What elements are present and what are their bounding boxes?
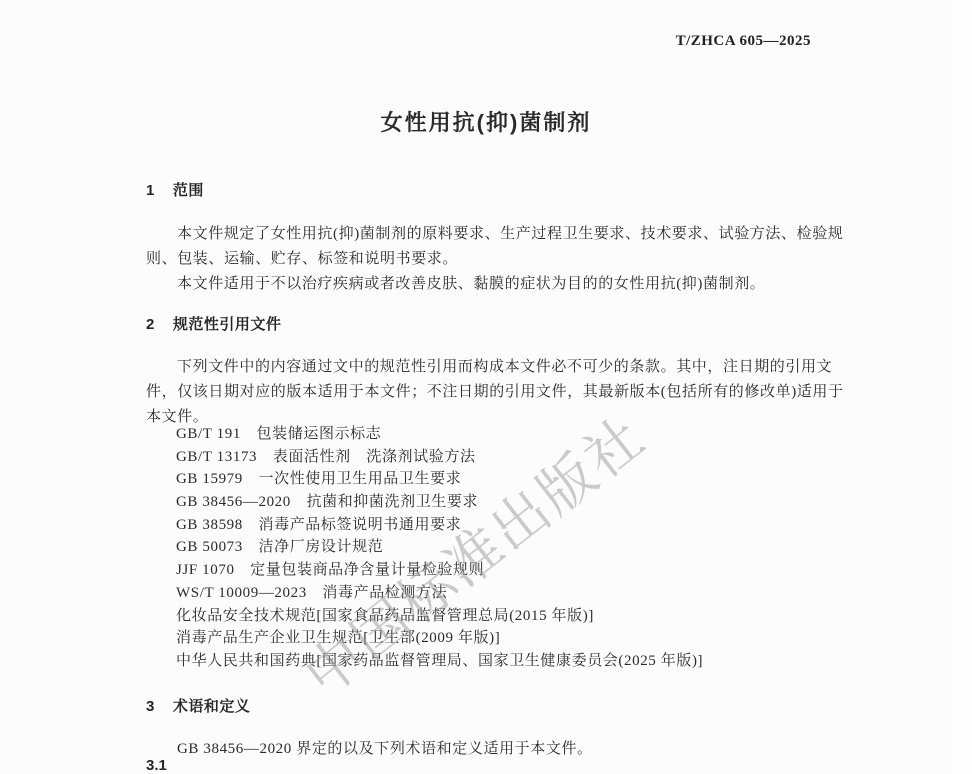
document-title: 女性用抗(抑)菌制剂	[0, 106, 972, 137]
reference-item: GB/T 13173 表面活性剂 洗涤剂试验方法	[176, 445, 846, 468]
reference-item: GB 15979 一次性使用卫生用品卫生要求	[176, 467, 846, 490]
reference-item: GB 50073 洁净厂房设计规范	[176, 535, 846, 558]
section-1-title: 范围	[173, 182, 204, 199]
reference-item: 消毒产品生产企业卫生规范[卫生部(2009 年版)]	[176, 626, 846, 649]
section-3-title: 术语和定义	[173, 698, 251, 715]
section-3-heading: 3术语和定义	[146, 695, 846, 715]
scope-paragraph-line: 则、包装、运输、贮存、标签和说明书要求。	[146, 247, 846, 272]
section-1-number: 1	[146, 182, 155, 199]
subsection-3-1-number: 3.1	[146, 757, 846, 774]
section-2-title: 规范性引用文件	[173, 316, 282, 333]
references-intro-line: 件，仅该日期对应的版本适用于本文件；不注日期的引用文件，其最新版本(包括所有的修…	[146, 380, 846, 405]
reference-item: JJF 1070 定量包装商品净含量计量检验规则	[176, 558, 846, 581]
scope-paragraph-line: 本文件规定了女性用抗(抑)菌制剂的原料要求、生产过程卫生要求、技术要求、试验方法…	[146, 222, 846, 247]
reference-item: 化妆品安全技术规范[国家食品药品监督管理总局(2015 年版)]	[176, 604, 846, 627]
references-intro-line: 下列文件中的内容通过文中的规范性引用而构成本文件必不可少的条款。其中，注日期的引…	[146, 355, 846, 380]
reference-list: GB/T 191 包装储运图示标志 GB/T 13173 表面活性剂 洗涤剂试验…	[176, 422, 846, 672]
reference-item: GB 38598 消毒产品标签说明书通用要求	[176, 513, 846, 536]
reference-item: GB/T 191 包装储运图示标志	[176, 422, 846, 445]
reference-item: WS/T 10009—2023 消毒产品检测方法	[176, 581, 846, 604]
terms-paragraph-line: GB 38456—2020 界定的以及下列术语和定义适用于本文件。	[146, 737, 846, 757]
section-2-heading: 2规范性引用文件	[146, 313, 846, 333]
section-2-number: 2	[146, 316, 155, 333]
reference-item: GB 38456—2020 抗菌和抑菌洗剂卫生要求	[176, 490, 846, 513]
standard-number: T/ZHCA 605—2025	[676, 33, 811, 50]
scope-paragraph-line: 本文件适用于不以治疗疾病或者改善皮肤、黏膜的症状为目的的女性用抗(抑)菌制剂。	[146, 272, 846, 297]
document-body: 1范围 本文件规定了女性用抗(抑)菌制剂的原料要求、生产过程卫生要求、技术要求、…	[146, 179, 846, 774]
references-intro-line: 本文件。	[146, 405, 846, 422]
section-3-number: 3	[146, 698, 155, 715]
standard-document-page: T/ZHCA 605—2025 女性用抗(抑)菌制剂 1范围 本文件规定了女性用…	[0, 0, 972, 774]
section-1-heading: 1范围	[146, 179, 846, 199]
reference-item: 中华人民共和国药典[国家药品监督管理局、国家卫生健康委员会(2025 年版)]	[176, 649, 846, 672]
